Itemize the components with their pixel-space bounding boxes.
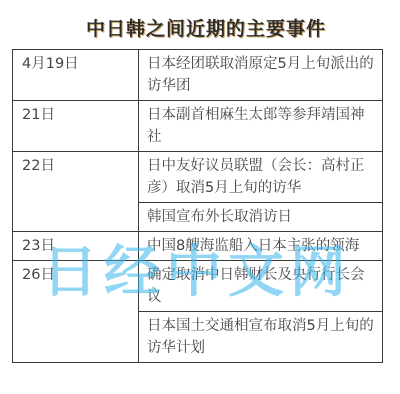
- date-cell: 23日: [13, 232, 139, 261]
- event-cell: 韩国宣布外长取消访日: [139, 203, 383, 232]
- events-table: 4月19日 日本经团联取消原定5月上旬派出的访华团 21日 日本副首相麻生太郎等…: [12, 49, 383, 363]
- table-row: 4月19日 日本经团联取消原定5月上旬派出的访华团: [13, 50, 383, 101]
- date-cell: 21日: [13, 101, 139, 152]
- event-cell: 日中友好议员联盟（会长：高村正彦）取消5月上旬的访华: [139, 152, 383, 203]
- table-row: 26日 确定取消中日韩财长及央行行长会议: [13, 261, 383, 312]
- event-cell: 确定取消中日韩财长及央行行长会议: [139, 261, 383, 312]
- event-cell: 日本副首相麻生太郎等参拜靖国神社: [139, 101, 383, 152]
- date-cell: 4月19日: [13, 50, 139, 101]
- event-cell: 日本国土交通相宣布取消5月上旬的访华计划: [139, 312, 383, 363]
- date-cell: 26日: [13, 261, 139, 363]
- table-row: 21日 日本副首相麻生太郎等参拜靖国神社: [13, 101, 383, 152]
- page-title: 中日韩之间近期的主要事件: [0, 14, 400, 41]
- event-cell: 中国8艘海监船入日本主张的领海: [139, 232, 383, 261]
- event-cell: 日本经团联取消原定5月上旬派出的访华团: [139, 50, 383, 101]
- table-row: 22日 日中友好议员联盟（会长：高村正彦）取消5月上旬的访华: [13, 152, 383, 203]
- date-cell: 22日: [13, 152, 139, 232]
- table-row: 23日 中国8艘海监船入日本主张的领海: [13, 232, 383, 261]
